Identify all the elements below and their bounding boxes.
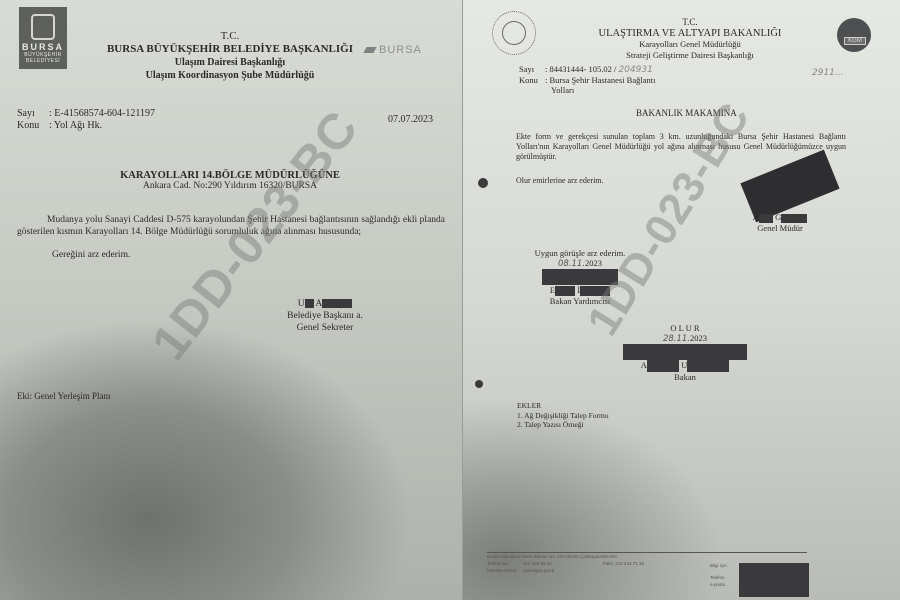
footer-contact-labels: Bilgi için: Telefon e-posta bbox=[710, 562, 728, 588]
attachment-note: Eki: Genel Yerleşim Planı bbox=[17, 391, 111, 401]
bursa-municipality-emblem-icon bbox=[31, 14, 55, 40]
punch-hole-icon bbox=[478, 178, 488, 188]
punch-hole-icon bbox=[475, 380, 483, 388]
letter-meta: Sayı: E-41568574-604-121197 Konu: Yol Ağ… bbox=[17, 108, 155, 132]
header-institution: BURSA BÜYÜKŞEHİR BELEDİYE BAŞKANLIĞI bbox=[100, 43, 360, 56]
document-date: 07.07.2023 bbox=[388, 114, 433, 126]
ministry-header: T.C. ULAŞTIRMA VE ALTYAPI BAKANLIĞI Kara… bbox=[580, 17, 800, 61]
director-signature: A G Genel Müdür bbox=[745, 212, 815, 233]
ministry-document-number: : 84431444- 105.02 / bbox=[545, 64, 616, 74]
ministry-meta: Sayı: 84431444- 105.02 / 204931 Konu: Bu… bbox=[519, 64, 655, 95]
bursa-municipality-logo: BURSA BÜYÜKŞEHİR BELEDİYESİ bbox=[19, 7, 67, 69]
minister-block: O L U R 28.11.2023 A U Bakan bbox=[620, 323, 750, 382]
document-subject: : Yol Ağı Hk. bbox=[49, 120, 102, 131]
attachments-list: EKLER 1. Ağ Değişikliği Talep Formu 2. T… bbox=[517, 401, 609, 430]
attachment-item: 2. Talep Yazısı Örneği bbox=[517, 420, 609, 430]
bursa-municipality-letter: BURSA BÜYÜKŞEHİR BELEDİYESİ BURSA T.C. B… bbox=[0, 0, 462, 600]
redaction bbox=[739, 563, 809, 597]
bursa-brand-mark: BURSA bbox=[365, 44, 422, 56]
ministry-closing: Olur emirlerine arz ederim. bbox=[516, 176, 604, 185]
margin-note: 2911... bbox=[812, 68, 844, 78]
signature-block: U A Belediye Başkanı a. Genel Sekreter bbox=[270, 298, 380, 334]
kgm-logo-icon: KGM bbox=[837, 18, 871, 52]
document-number: : E-41568574-604-121197 bbox=[49, 108, 155, 119]
ministry-seal-icon bbox=[492, 11, 536, 55]
header-tc: T.C. bbox=[100, 30, 360, 43]
header-department: Ulaşım Dairesi Başkanlığı bbox=[100, 56, 360, 69]
redaction bbox=[322, 299, 352, 308]
letter-closing: Gereğini arz ederim. bbox=[52, 249, 130, 261]
redaction bbox=[623, 344, 747, 360]
bursa-swoosh-icon bbox=[363, 47, 376, 53]
attachment-item: 1. Ağ Değişikliği Talep Formu bbox=[517, 411, 609, 421]
redaction bbox=[305, 299, 314, 308]
letter-header: T.C. BURSA BÜYÜKŞEHİR BELEDİYE BAŞKANLIĞ… bbox=[100, 30, 360, 82]
header-branch: Ulaşım Koordinasyon Şube Müdürlüğü bbox=[100, 69, 360, 82]
